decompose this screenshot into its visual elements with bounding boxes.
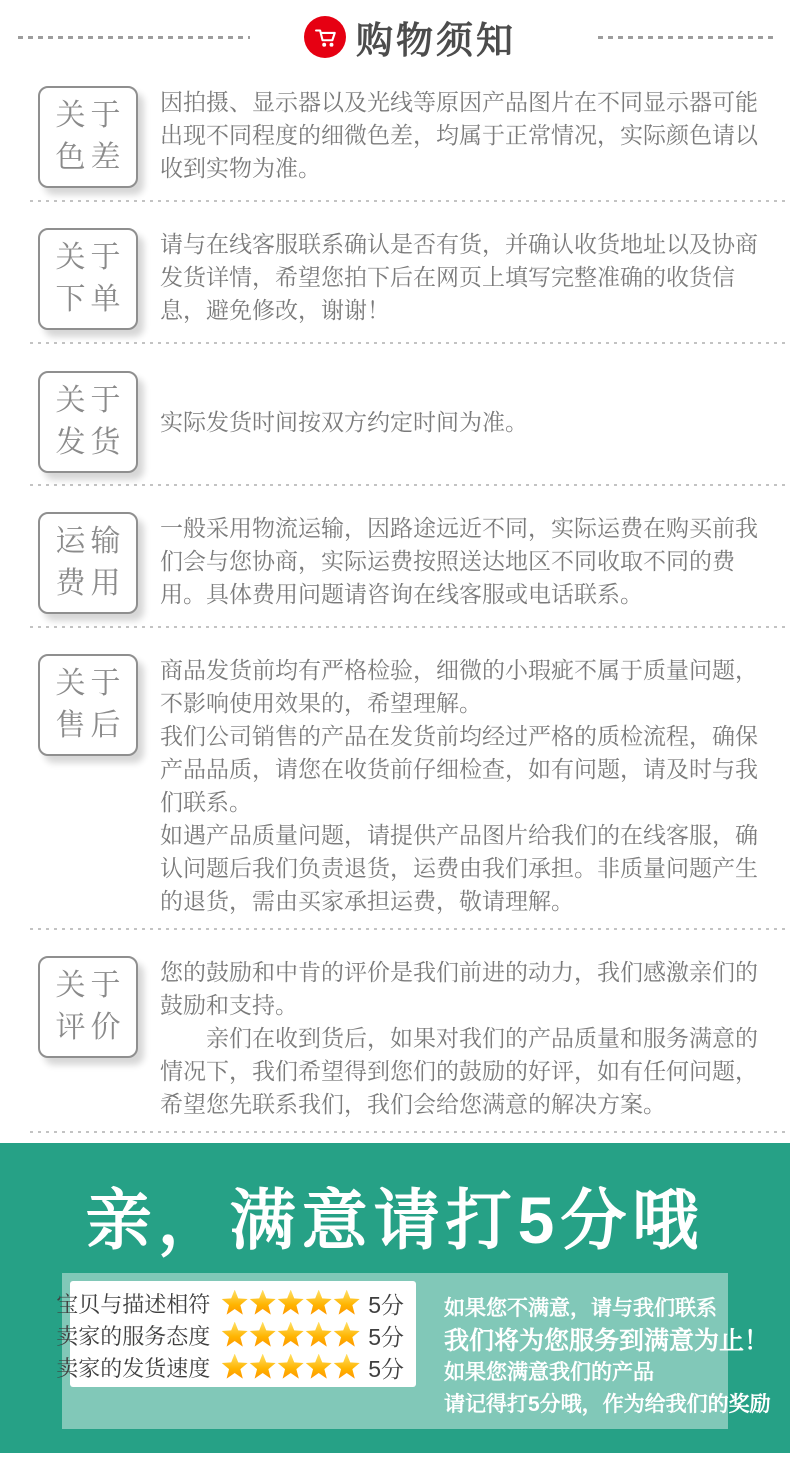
footer-title: 亲，满意请打5分哦 xyxy=(0,1143,790,1253)
star-icon xyxy=(333,1290,360,1317)
rating-label: 宝贝与描述相符 xyxy=(56,1288,210,1319)
rating-label: 卖家的服务态度 xyxy=(56,1320,210,1351)
section-label-box: 关于 发货 xyxy=(38,371,138,473)
footer-banner: 亲，满意请打5分哦 宝贝与描述相符 5分 卖家的服务态度 5分 卖家的发货速度 … xyxy=(0,1143,790,1453)
rating-score: 5分 xyxy=(368,1351,404,1384)
section-label-line: 评价 xyxy=(40,1007,141,1049)
paragraph: 我们公司销售的产品在发货前均经过严格的质检流程，确保产品品质，请您在收货前仔细检… xyxy=(160,720,772,819)
footer-panel: 宝贝与描述相符 5分 卖家的服务态度 5分 卖家的发货速度 5分 如果您不满意，… xyxy=(62,1273,728,1429)
section-label-line: 售后 xyxy=(40,705,141,747)
section-label-line: 色差 xyxy=(40,137,141,179)
rating-row: 卖家的服务态度 5分 xyxy=(70,1319,416,1351)
dashed-separator xyxy=(30,626,790,628)
section-label-box: 运输 费用 xyxy=(38,512,138,614)
header: 购物须知 xyxy=(0,14,790,60)
dashed-separator xyxy=(30,928,790,930)
section-label-line: 关于 xyxy=(40,380,141,422)
star-icon xyxy=(221,1322,248,1349)
section-text: 因拍摄、显示器以及光线等原因产品图片在不同显示器可能出现不同程度的细微色差，均属… xyxy=(160,86,772,185)
star-icon xyxy=(277,1354,304,1381)
star-rating xyxy=(220,1322,360,1349)
star-icon xyxy=(221,1354,248,1381)
section-color-difference: 关于 色差 因拍摄、显示器以及光线等原因产品图片在不同显示器可能出现不同程度的细… xyxy=(38,86,772,190)
section-freight-cost: 运输 费用 一般采用物流运输，因路途远近不同，实际运费在购买前我们会与您协商，实… xyxy=(38,512,772,616)
dashed-separator xyxy=(30,484,790,486)
star-icon xyxy=(221,1290,248,1317)
paragraph: 请与在线客服联系确认是否有货，并确认收货地址以及协商发货详情，希望您拍下后在网页… xyxy=(160,228,772,327)
section-label-line: 下单 xyxy=(40,279,141,321)
dashed-separator xyxy=(30,200,790,202)
section-after-sales: 关于 售后 商品发货前均有严格检验，细微的小瑕疵不属于质量问题，不影响使用效果的… xyxy=(38,654,772,918)
paragraph: 实际发货时间按双方约定时间为准。 xyxy=(160,406,772,439)
star-icon xyxy=(333,1354,360,1381)
note-line: 我们将为您服务到满意为止！ xyxy=(444,1325,771,1357)
header-dashed-line-right xyxy=(598,36,776,39)
section-label-line: 运输 xyxy=(40,521,141,563)
section-label-line: 关于 xyxy=(40,965,141,1007)
section-label-box: 关于 售后 xyxy=(38,654,138,756)
section-label-box: 关于 色差 xyxy=(38,86,138,188)
paragraph: 您的鼓励和中肯的评价是我们前进的动力，我们感激亲们的鼓励和支持。 xyxy=(160,956,772,1022)
dashed-separator xyxy=(30,342,790,344)
star-icon xyxy=(277,1290,304,1317)
section-shipping: 关于 发货 实际发货时间按双方约定时间为准。 xyxy=(38,370,772,474)
star-icon xyxy=(249,1290,276,1317)
section-label-box: 关于 下单 xyxy=(38,228,138,330)
star-icon xyxy=(333,1322,360,1349)
paragraph: 一般采用物流运输，因路途远近不同，实际运费在购买前我们会与您协商，实际运费按照送… xyxy=(160,512,772,611)
rating-row: 宝贝与描述相符 5分 xyxy=(70,1287,416,1319)
rating-label: 卖家的发货速度 xyxy=(56,1352,210,1383)
section-label-line: 费用 xyxy=(40,563,141,605)
ratings-card: 宝贝与描述相符 5分 卖家的服务态度 5分 卖家的发货速度 5分 xyxy=(70,1281,416,1387)
star-icon xyxy=(305,1322,332,1349)
star-icon xyxy=(249,1354,276,1381)
page-title: 购物须知 xyxy=(356,10,516,64)
shopping-notice-page: 购物须知 关于 色差 因拍摄、显示器以及光线等原因产品图片在不同显示器可能出现不… xyxy=(0,0,790,1453)
section-reviews: 关于 评价 您的鼓励和中肯的评价是我们前进的动力，我们感激亲们的鼓励和支持。 亲… xyxy=(38,956,772,1121)
section-label-line: 关于 xyxy=(40,95,141,137)
section-label-line: 发货 xyxy=(40,422,141,464)
dashed-separator xyxy=(30,1131,790,1133)
header-title-group: 购物须知 xyxy=(304,10,516,64)
section-text: 请与在线客服联系确认是否有货，并确认收货地址以及协商发货详情，希望您拍下后在网页… xyxy=(160,228,772,327)
star-icon xyxy=(305,1290,332,1317)
cart-icon xyxy=(304,16,346,58)
star-icon xyxy=(277,1322,304,1349)
rating-score: 5分 xyxy=(368,1287,404,1320)
paragraph: 因拍摄、显示器以及光线等原因产品图片在不同显示器可能出现不同程度的细微色差，均属… xyxy=(160,86,772,185)
note-line: 请记得打5分哦，作为给我们的奖励 xyxy=(444,1389,771,1421)
paragraph: 商品发货前均有严格检验，细微的小瑕疵不属于质量问题，不影响使用效果的，希望理解。 xyxy=(160,654,772,720)
footer-notes: 如果您不满意，请与我们联系 我们将为您服务到满意为止！ 如果您满意我们的产品 请… xyxy=(416,1281,771,1421)
section-text: 商品发货前均有严格检验，细微的小瑕疵不属于质量问题，不影响使用效果的，希望理解。… xyxy=(160,654,772,918)
section-label-line: 关于 xyxy=(40,663,141,705)
section-label-box: 关于 评价 xyxy=(38,956,138,1058)
section-text: 实际发货时间按双方约定时间为准。 xyxy=(160,406,772,439)
section-label-line: 关于 xyxy=(40,237,141,279)
section-ordering: 关于 下单 请与在线客服联系确认是否有货，并确认收货地址以及协商发货详情，希望您… xyxy=(38,228,772,332)
note-line: 如果您满意我们的产品 xyxy=(444,1357,771,1389)
section-text: 一般采用物流运输，因路途远近不同，实际运费在购买前我们会与您协商，实际运费按照送… xyxy=(160,512,772,611)
paragraph: 亲们在收到货后，如果对我们的产品质量和服务满意的情况下，我们希望得到您们的鼓励的… xyxy=(160,1022,772,1121)
star-icon xyxy=(249,1322,276,1349)
section-text: 您的鼓励和中肯的评价是我们前进的动力，我们感激亲们的鼓励和支持。 亲们在收到货后… xyxy=(160,956,772,1121)
star-rating xyxy=(220,1290,360,1317)
header-dashed-line-left xyxy=(18,36,250,39)
paragraph: 如遇产品质量问题，请提供产品图片给我们的在线客服，确认问题后我们负责退货，运费由… xyxy=(160,819,772,918)
note-line: 如果您不满意，请与我们联系 xyxy=(444,1293,771,1325)
rating-row: 卖家的发货速度 5分 xyxy=(70,1351,416,1383)
star-rating xyxy=(220,1354,360,1381)
star-icon xyxy=(305,1354,332,1381)
rating-score: 5分 xyxy=(368,1319,404,1352)
